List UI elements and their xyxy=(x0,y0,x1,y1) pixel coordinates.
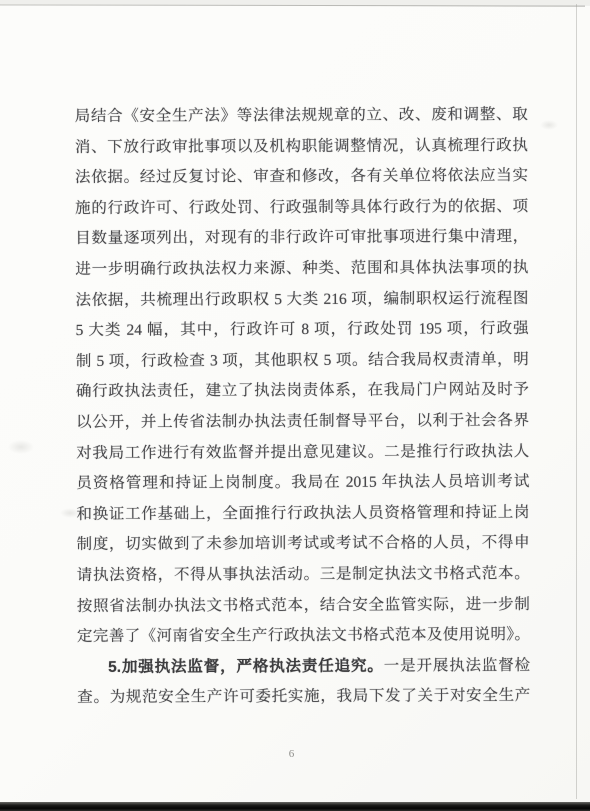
text-line-segment: 施的行政许可、行政处罚、行政强制等具体行政行为的依据、项 xyxy=(75,198,528,217)
text-line-segment: 法依据。经过反复讨论、审查和修改，各有关单位将依法应当实 xyxy=(75,167,528,186)
text-line-segment: 对我局工作进行有效监督并提出意见建议。二是推行行政执法人 xyxy=(76,443,529,462)
scan-frame: 局结合《安全生产法》等法律法规规章的立、改、废和调整、取 消、下放行政审批事项以… xyxy=(0,0,590,811)
text-line: 5 大类 24 幅，其中，行政许可 8 项，行政处罚 195 项，行政强 xyxy=(76,314,529,347)
text-line-segment: 员资格管理和持证上岗制度。我局在 2015 年执法人员培训考试 xyxy=(76,473,529,492)
text-line: 查。为规范安全生产许可委托实施，我局下发了关于对安全生产 xyxy=(77,681,530,714)
text-line-segment: 和换证工作基础上，全面推行行政执法人员资格管理和持证上岗 xyxy=(76,504,529,523)
text-line: 请执法资格，不得从事执法活动。三是制定执法文书格式范本。 xyxy=(77,559,530,592)
scan-bottom-edge xyxy=(0,802,590,811)
text-line: 法依据，共梳理出行政职权 5 大类 216 项，编制职权运行流程图 xyxy=(75,284,528,317)
text-line: 制 5 项，行政检查 3 项，其他职权 5 项。结合我局权责清单，明 xyxy=(76,345,529,378)
text-line-segment: 以公开，并上传省法制办执法责任制督导平台，以利于社会各界 xyxy=(76,412,529,431)
text-line-segment: 消、下放行政审批事项以及机构职能调整情况，认真梳理行政执 xyxy=(75,137,528,156)
text-line: 目数量逐项列出，对现有的非行政许可审批事项进行集中清理， xyxy=(75,222,528,255)
text-line-segment: 目数量逐项列出，对现有的非行政许可审批事项进行集中清理， xyxy=(75,228,528,247)
text-line-bold-segment: 5.加强执法监督，严格执法责任追究。 xyxy=(108,657,384,675)
text-line-segment: 法依据，共梳理出行政职权 5 大类 216 项，编制职权运行流程图 xyxy=(75,290,528,309)
text-line: 和换证工作基础上，全面推行行政执法人员资格管理和持证上岗 xyxy=(76,498,529,531)
text-line: 消、下放行政审批事项以及机构职能调整情况，认真梳理行政执 xyxy=(75,131,528,164)
text-line: 员资格管理和持证上岗制度。我局在 2015 年执法人员培训考试 xyxy=(76,467,529,500)
text-line-segment: 请执法资格，不得从事执法活动。三是制定执法文书格式范本。 xyxy=(77,565,530,584)
text-line: 按照省法制办执法文书格式范本，结合安全监管实际，进一步制 xyxy=(77,590,530,623)
text-line-section-heading: 5.加强执法监督，严格执法责任追究。一是开展执法监督检 xyxy=(77,651,530,684)
scan-smudge xyxy=(540,120,558,130)
page-number: 6 xyxy=(0,748,584,760)
scan-right-edge xyxy=(576,4,577,799)
text-line-segment: 查。为规范安全生产许可委托实施，我局下发了关于对安全生产 xyxy=(77,687,530,706)
text-line-segment: 进一步明确行政执法权力来源、种类、范围和具体执法事项的执 xyxy=(75,259,528,278)
text-line: 法依据。经过反复讨论、审查和修改，各有关单位将依法应当实 xyxy=(75,161,528,194)
text-line: 以公开，并上传省法制办执法责任制督导平台，以利于社会各界 xyxy=(76,406,529,439)
text-line-segment: 按照省法制办执法文书格式范本，结合安全监管实际，进一步制 xyxy=(77,596,530,615)
text-line: 施的行政许可、行政处罚、行政强制等具体行政行为的依据、项 xyxy=(75,192,528,225)
text-line: 确行政执法责任，建立了执法岗责体系，在我局门户网站及时予 xyxy=(76,375,529,408)
text-line-segment: 5 大类 24 幅，其中，行政许可 8 项，行政处罚 195 项，行政强 xyxy=(76,320,529,339)
text-line-segment: 确行政执法责任，建立了执法岗责体系，在我局门户网站及时予 xyxy=(76,381,529,400)
text-line: 定完善了《河南省安全生产行政执法文书格式范本及使用说明》。 xyxy=(77,620,530,653)
text-line-segment: 制 5 项，行政检查 3 项，其他职权 5 项。结合我局权责清单，明 xyxy=(76,351,529,370)
document-body: 局结合《安全生产法》等法律法规规章的立、改、废和调整、取 消、下放行政审批事项以… xyxy=(75,100,531,714)
text-line-segment: 一是开展执法监督检 xyxy=(384,657,530,675)
text-line: 制度，切实做到了未参加培训考试或考试不合格的人员，不得申 xyxy=(77,528,530,561)
text-line: 对我局工作进行有效监督并提出意见建议。二是推行行政执法人 xyxy=(76,437,529,470)
text-line: 局结合《安全生产法》等法律法规规章的立、改、废和调整、取 xyxy=(75,100,528,133)
text-line-segment: 制度，切实做到了未参加培训考试或考试不合格的人员，不得申 xyxy=(77,534,530,553)
text-line-segment: 定完善了《河南省安全生产行政执法文书格式范本及使用说明》。 xyxy=(77,626,530,645)
text-line-segment: 局结合《安全生产法》等法律法规规章的立、改、废和调整、取 xyxy=(75,106,528,125)
scan-smudge xyxy=(8,440,34,454)
text-line: 进一步明确行政执法权力来源、种类、范围和具体执法事项的执 xyxy=(75,253,528,286)
